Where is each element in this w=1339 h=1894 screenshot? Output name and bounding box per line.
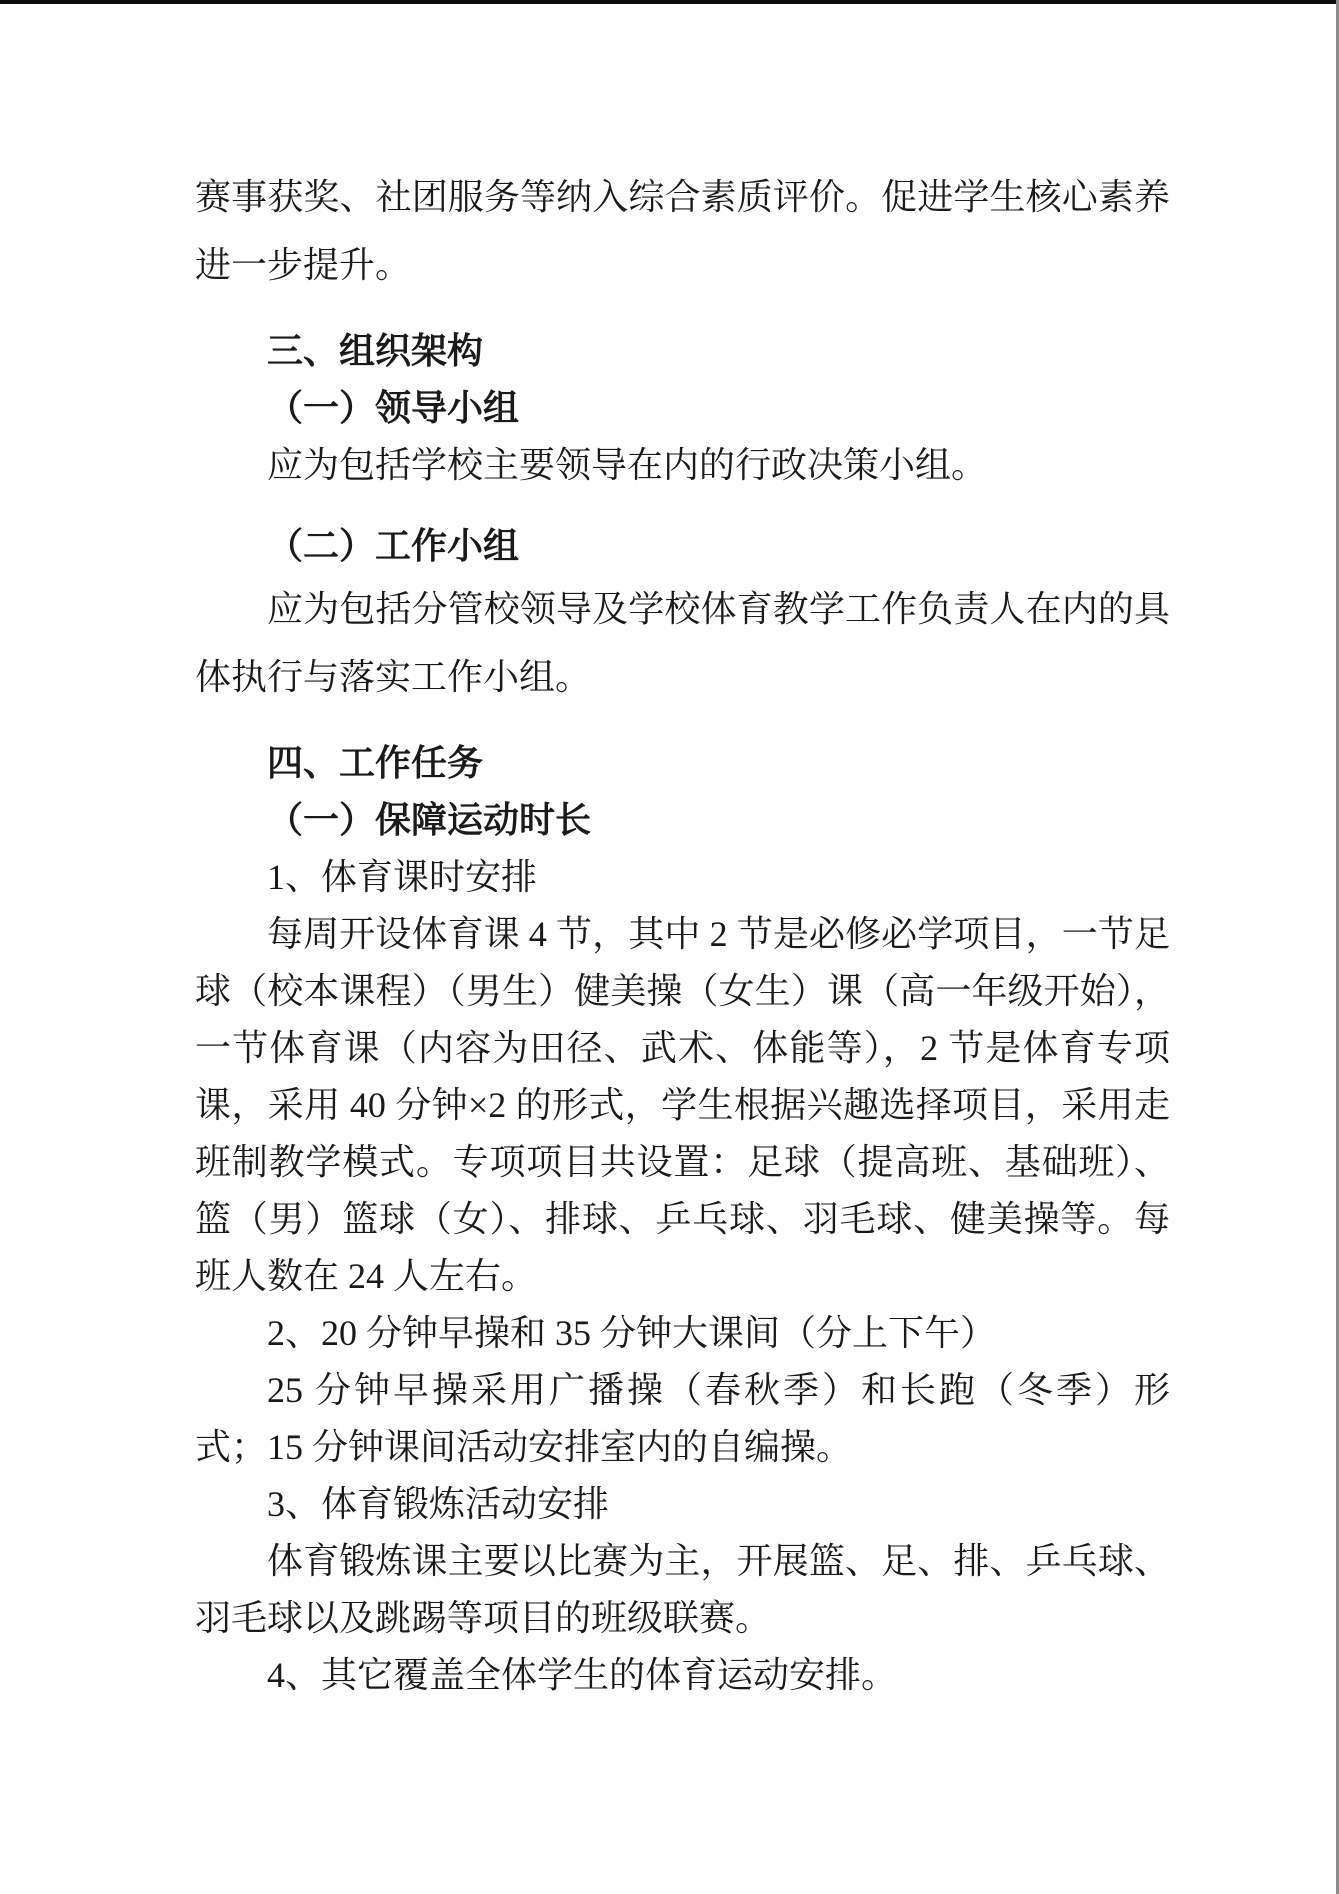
document-page: 赛事获奖、社团服务等纳入综合素质评价。促进学生核心素养进一步提升。三、组织架构（… xyxy=(0,0,1339,1894)
body-paragraph: 2、20 分钟早操和 35 分钟大课间（分上下午） xyxy=(195,1305,1170,1362)
section-heading: （二）工作小组 xyxy=(195,518,1170,575)
body-paragraph: 赛事获奖、社团服务等纳入综合素质评价。促进学生核心素养进一步提升。 xyxy=(195,163,1170,299)
body-paragraph: 4、其它覆盖全体学生的体育运动安排。 xyxy=(195,1647,1170,1704)
body-paragraph: 每周开设体育课 4 节，其中 2 节是必修必学项目，一节足球（校本课程）（男生）… xyxy=(195,906,1170,1305)
body-paragraph: 应为包括学校主要领导在内的行政决策小组。 xyxy=(195,437,1170,494)
body-paragraph: 25 分钟早操采用广播操（春秋季）和长跑（冬季）形式；15 分钟课间活动安排室内… xyxy=(195,1362,1170,1476)
page-top-edge xyxy=(0,0,1339,4)
body-paragraph: 体育锻炼课主要以比赛为主，开展篮、足、排、乒乓球、羽毛球以及跳踢等项目的班级联赛… xyxy=(195,1533,1170,1647)
body-paragraph: 1、体育课时安排 xyxy=(195,849,1170,906)
section-heading: （一）领导小组 xyxy=(195,380,1170,437)
body-paragraph: 3、体育锻炼活动安排 xyxy=(195,1476,1170,1533)
section-heading: （一）保障运动时长 xyxy=(195,792,1170,849)
section-heading: 三、组织架构 xyxy=(195,323,1170,380)
section-heading: 四、工作任务 xyxy=(195,735,1170,792)
document-body: 赛事获奖、社团服务等纳入综合素质评价。促进学生核心素养进一步提升。三、组织架构（… xyxy=(195,163,1170,1704)
body-paragraph: 应为包括分管校领导及学校体育教学工作负责人在内的具体执行与落实工作小组。 xyxy=(195,575,1170,711)
